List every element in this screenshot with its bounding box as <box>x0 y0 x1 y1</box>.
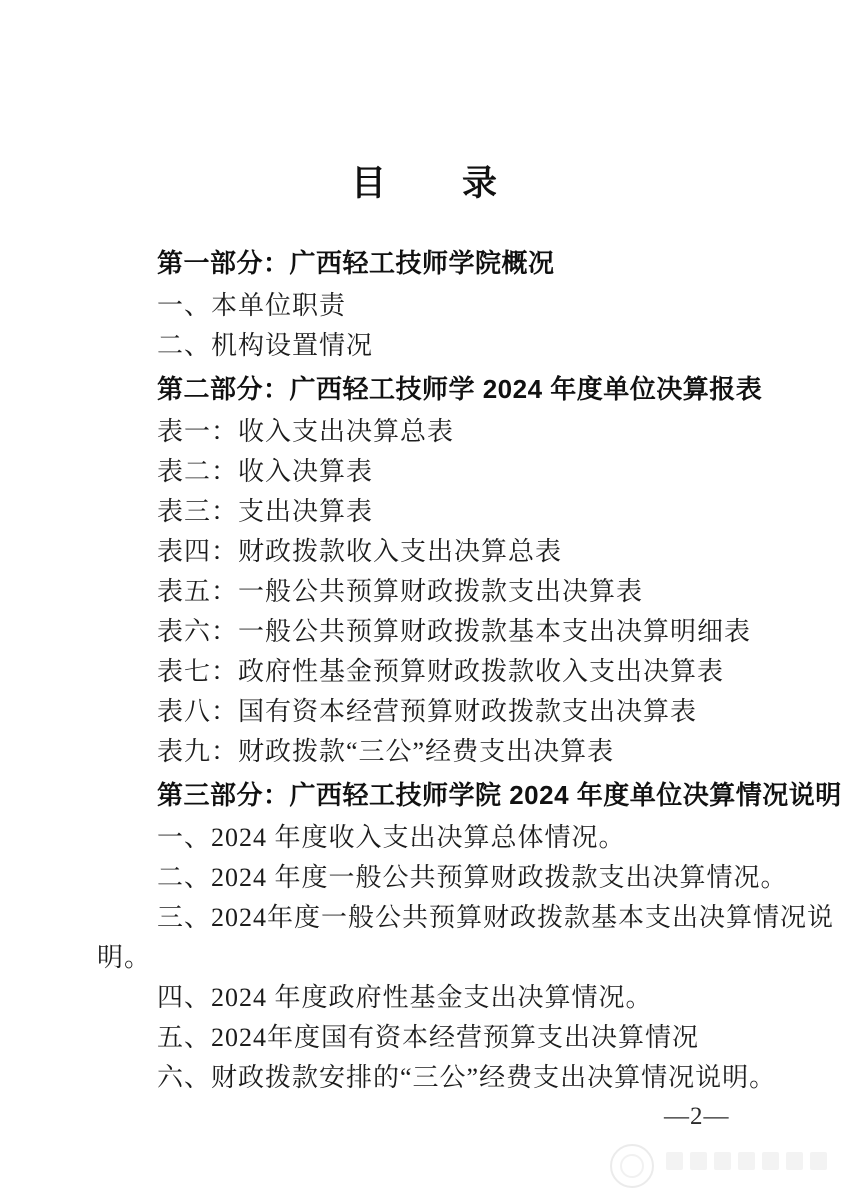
toc-entry: 表九：财政拨款“三公”经费支出决算表 <box>97 732 757 772</box>
toc-entry: 表五：一般公共预算财政拨款支出决算表 <box>97 572 757 612</box>
toc-entry: 表八：国有资本经营预算财政拨款支出决算表 <box>97 692 757 732</box>
toc-entry: 一、本单位职责 <box>97 286 757 326</box>
watermark-seal-icon <box>610 1144 654 1188</box>
table-of-contents: 第一部分：广西轻工技师学院概况 一、本单位职责 二、机构设置情况 第二部分：广西… <box>97 240 757 1098</box>
page-number: —2— <box>664 1103 730 1131</box>
toc-entry: 五、2024年度国有资本经营预算支出决算情况 <box>97 1018 757 1058</box>
watermark <box>608 1142 850 1202</box>
toc-section-heading: 第三部分：广西轻工技师学院 2024 年度单位决算情况说明 <box>97 772 757 818</box>
toc-entry: 二、机构设置情况 <box>97 326 757 366</box>
watermark-text-marks <box>666 1152 827 1170</box>
toc-section-heading: 第二部分：广西轻工技师学 2024 年度单位决算报表 <box>97 366 757 412</box>
document-page: 目 录 第一部分：广西轻工技师学院概况 一、本单位职责 二、机构设置情况 第二部… <box>0 0 850 1202</box>
toc-entry: 表六：一般公共预算财政拨款基本支出决算明细表 <box>97 612 757 652</box>
toc-entry: 一、2024 年度收入支出决算总体情况。 <box>97 818 757 858</box>
toc-entry: 表三：支出决算表 <box>97 492 757 532</box>
toc-entry-continuation: 明。 <box>97 938 757 978</box>
toc-entry: 四、2024 年度政府性基金支出决算情况。 <box>97 978 757 1018</box>
toc-entry: 表一：收入支出决算总表 <box>97 412 757 452</box>
toc-section-heading: 第一部分：广西轻工技师学院概况 <box>97 240 757 286</box>
toc-entry: 表四：财政拨款收入支出决算总表 <box>97 532 757 572</box>
toc-entry: 二、2024 年度一般公共预算财政拨款支出决算情况。 <box>97 858 757 898</box>
toc-entry: 表七：政府性基金预算财政拨款收入支出决算表 <box>97 652 757 692</box>
toc-entry: 六、财政拨款安排的“三公”经费支出决算情况说明。 <box>97 1058 757 1098</box>
toc-entry: 三、2024年度一般公共预算财政拨款基本支出决算情况说 <box>97 898 757 938</box>
page-title: 目 录 <box>0 156 850 206</box>
toc-entry: 表二：收入决算表 <box>97 452 757 492</box>
watermark-seal-inner-ring <box>620 1154 644 1178</box>
